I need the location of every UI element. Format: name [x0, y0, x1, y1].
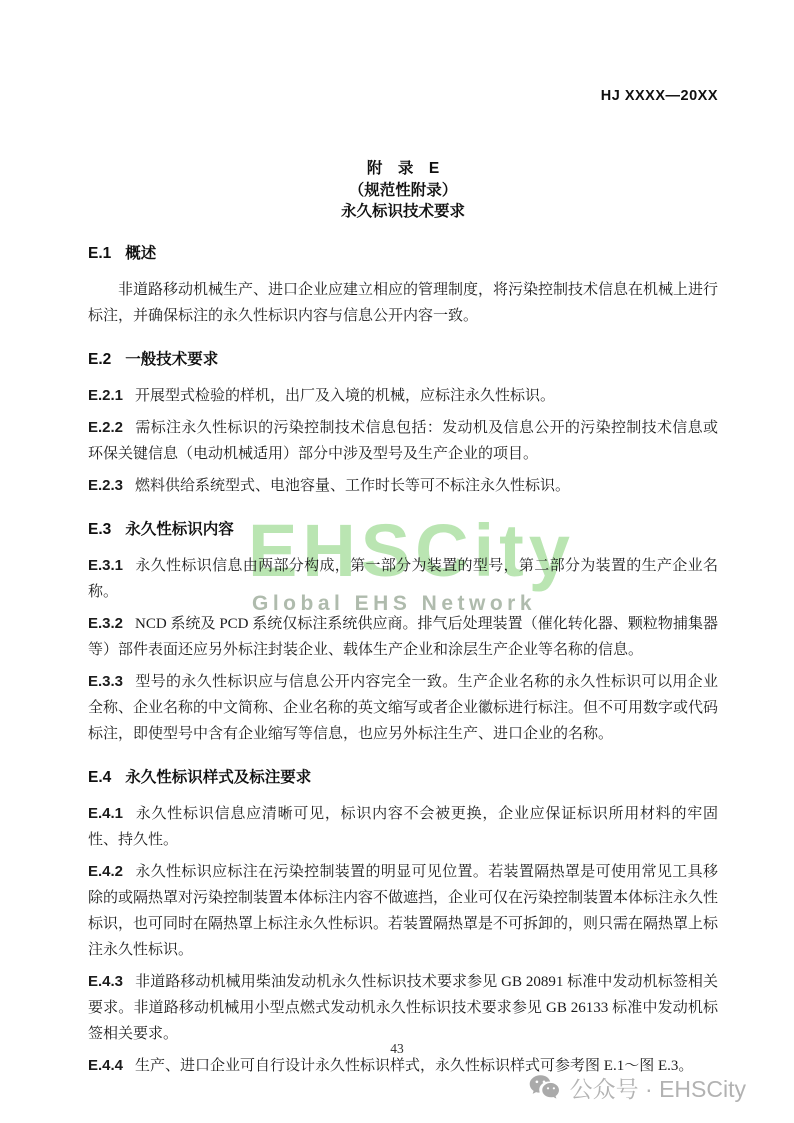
appendix-title-line3: 永久标识技术要求 [88, 201, 718, 223]
appendix-title-line1: 附 录 E [88, 158, 718, 180]
section-heading: E.2一般技术要求 [88, 350, 718, 370]
clause-text: 非道路移动机械用柴油发动机永久性标识技术要求参见 GB 20891 标准中发动机… [88, 974, 718, 1042]
document-page: HJ XXXX—20XX EHSCity Global EHS Network … [0, 0, 794, 1123]
section-heading: E.4永久性标识样式及标注要求 [88, 768, 718, 788]
section-e3: E.3永久性标识内容 E.3.1永久性标识信息由两部分构成，第一部分为装置的型号… [88, 520, 718, 747]
clause: E.3.2NCD 系统及 PCD 系统仅标注系统供应商。排气后处理装置（催化转化… [88, 611, 718, 663]
clause-text: 型号的永久性标识应与信息公开内容完全一致。生产企业名称的永久性标识可以用企业全称… [88, 674, 718, 742]
section-label: E.3 [88, 521, 111, 538]
clause-label: E.3.2 [88, 615, 123, 632]
clause-text: 燃料供给系统型式、电池容量、工作时长等可不标注永久性标识。 [135, 478, 570, 494]
paragraph: 非道路移动机械生产、进口企业应建立相应的管理制度，将污染控制技术信息在机械上进行… [88, 277, 718, 329]
clause-text: 永久性标识信息由两部分构成，第一部分为装置的型号，第二部分为装置的生产企业名称。 [88, 558, 718, 600]
section-e4: E.4永久性标识样式及标注要求 E.4.1永久性标识信息应清晰可见，标识内容不会… [88, 768, 718, 1079]
clause: E.4.1永久性标识信息应清晰可见，标识内容不会被更换，企业应保证标识所用材料的… [88, 801, 718, 853]
section-title: 永久性标识内容 [125, 521, 234, 538]
clause-text: 需标注永久性标识的污染控制技术信息包括：发动机及信息公开的污染控制技术信息或环保… [88, 420, 718, 462]
page-content: 附 录 E （规范性附录） 永久标识技术要求 E.1概述 非道路移动机械生产、进… [88, 158, 718, 1085]
wechat-account-badge: 公众号 · EHSCity [529, 1071, 746, 1104]
clause-label: E.2.1 [88, 387, 123, 404]
clause-text: 永久性标识信息应清晰可见，标识内容不会被更换，企业应保证标识所用材料的牢固性、持… [88, 806, 718, 848]
clause-label: E.4.2 [88, 863, 123, 880]
section-e1: E.1概述 非道路移动机械生产、进口企业应建立相应的管理制度，将污染控制技术信息… [88, 244, 718, 329]
clause-text: 开展型式检验的样机，出厂及入境的机械，应标注永久性标识。 [135, 388, 555, 404]
clause-label: E.3.3 [88, 673, 123, 690]
section-title: 永久性标识样式及标注要求 [125, 769, 311, 786]
section-title: 概述 [125, 245, 156, 262]
section-label: E.4 [88, 769, 111, 786]
page-number: 43 [0, 1041, 794, 1057]
section-heading: E.1概述 [88, 244, 718, 264]
clause-label: E.4.3 [88, 973, 123, 990]
clause-text: NCD 系统及 PCD 系统仅标注系统供应商。排气后处理装置（催化转化器、颗粒物… [88, 616, 718, 658]
section-label: E.1 [88, 245, 111, 262]
section-title: 一般技术要求 [125, 351, 218, 368]
clause-text: 永久性标识应标注在污染控制装置的明显可见位置。若装置隔热罩是可使用常见工具移除的… [88, 864, 718, 958]
clause-label: E.4.4 [88, 1057, 123, 1074]
clause: E.2.1开展型式检验的样机，出厂及入境的机械，应标注永久性标识。 [88, 383, 718, 409]
clause-label: E.3.1 [88, 557, 123, 574]
doc-number: HJ XXXX—20XX [601, 88, 718, 104]
clause: E.4.2永久性标识应标注在污染控制装置的明显可见位置。若装置隔热罩是可使用常见… [88, 859, 718, 963]
clause-label: E.2.3 [88, 477, 123, 494]
clause: E.2.3燃料供给系统型式、电池容量、工作时长等可不标注永久性标识。 [88, 473, 718, 499]
clause-label: E.2.2 [88, 419, 123, 436]
appendix-title: 附 录 E （规范性附录） 永久标识技术要求 [88, 158, 718, 223]
wechat-account-label: 公众号 · EHSCity [570, 1071, 746, 1104]
wechat-icon [529, 1074, 561, 1101]
section-e2: E.2一般技术要求 E.2.1开展型式检验的样机，出厂及入境的机械，应标注永久性… [88, 350, 718, 499]
clause: E.3.3型号的永久性标识应与信息公开内容完全一致。生产企业名称的永久性标识可以… [88, 669, 718, 747]
clause-label: E.4.1 [88, 805, 123, 822]
clause: E.2.2需标注永久性标识的污染控制技术信息包括：发动机及信息公开的污染控制技术… [88, 415, 718, 467]
appendix-title-line2: （规范性附录） [88, 180, 718, 202]
clause: E.4.3非道路移动机械用柴油发动机永久性标识技术要求参见 GB 20891 标… [88, 969, 718, 1047]
section-label: E.2 [88, 351, 111, 368]
clause: E.3.1永久性标识信息由两部分构成，第一部分为装置的型号，第二部分为装置的生产… [88, 553, 718, 605]
section-heading: E.3永久性标识内容 [88, 520, 718, 540]
